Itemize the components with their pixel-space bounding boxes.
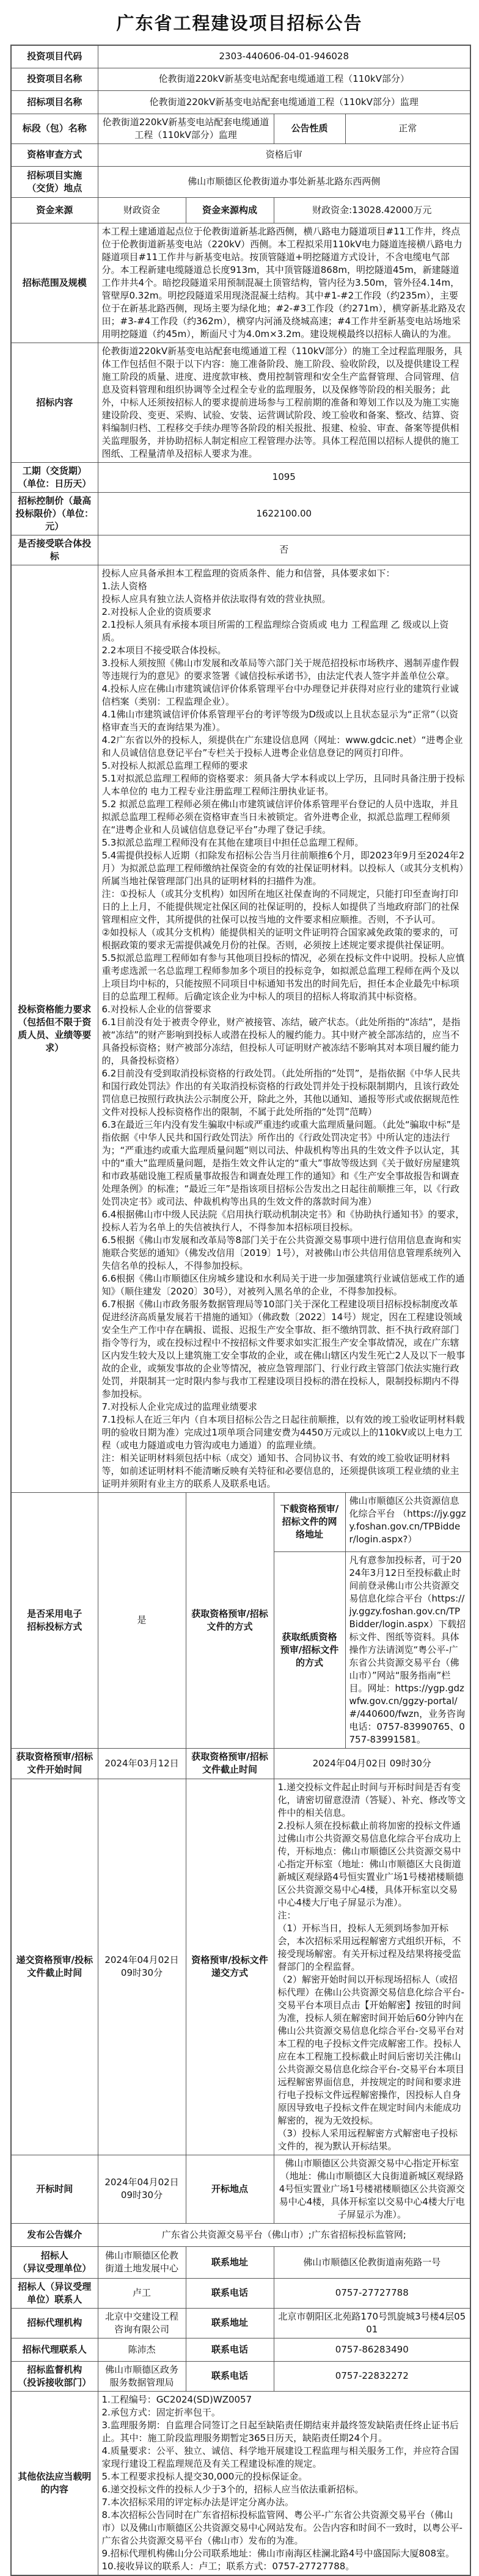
tenderer-addr-value: 佛山市顺德区伦教街道南苑路一号 (274, 2246, 470, 2278)
table-row: 招标监督机构 （投诉接收部门） 佛山市顺德区政务服务数据管理局 联系电话 075… (11, 2361, 470, 2391)
table-row: 招标范围及规模 本工程土建通道起点位于伦教街道新基北路西侧，横八路电力隧道项目#… (11, 223, 470, 343)
submit-method-label: 资格预审/投标文件递交方式 (186, 1779, 274, 2155)
supervisor-tel-label: 联系电话 (186, 2361, 274, 2391)
content-value: 伦教街道220kV新基变电站配套电缆通道工程（110kV部分）的施工全过程监理服… (98, 343, 470, 462)
agency-value: 北京中交建设工程咨询有限公司 (98, 2308, 186, 2338)
other-content-label: 其他依法应当载明 的内容 (11, 2391, 98, 2575)
table-row: 递交资格预审/投标文件截止时间 2024年04月02日 09时30分 资格预审/… (11, 1779, 470, 2155)
table-row: 是否接受联合体投标 否 (11, 535, 470, 565)
table-row: 招标内容 伦教街道220kV新基变电站配套电缆通道工程（110kV部分）的施工全… (11, 343, 470, 462)
ceiling-price-value: 1622100.00 (98, 492, 470, 535)
paper-obtain-label: 获取纸质资格预审/招标文件的方式 (274, 1551, 345, 1748)
table-row: 开标时间 2024年04月02日 09时30分 开标地点 佛山市顺德区公共资源交… (11, 2155, 470, 2223)
section-label: 标段（包）名称 (11, 114, 98, 143)
table-row: 投资项目代码 2303-440606-04-01-946028 (11, 45, 470, 68)
agency-contact-value: 陈沛杰 (98, 2338, 186, 2361)
scope-label: 招标范围及规模 (11, 223, 98, 343)
doc-start-label: 获取资格预审/招标文件开始时间 (11, 1748, 98, 1779)
table-row: 招标代理机构 北京中交建设工程咨询有限公司 联系地址 北京市朝阳区北苑路170号… (11, 2308, 470, 2338)
download-url-label: 下载资格预审/招标文件的网络地址 (274, 1492, 345, 1551)
submit-deadline-label: 递交资格预审/投标文件截止时间 (11, 1779, 98, 2155)
agency-contact-label: 招标代理联系人 (11, 2338, 98, 2361)
announcement-table: 投资项目代码 2303-440606-04-01-946028 投资项目名称 伦… (10, 45, 471, 2576)
download-url-value: 佛山市顺德区公共资源信息化综合平台 （https://jy.ggzy.fosha… (345, 1492, 470, 1551)
invest-name-label: 投资项目名称 (11, 68, 98, 90)
obtain-method-label: 获取资格预审/招标文件的方式 (186, 1492, 274, 1748)
opening-place-value: 佛山市顺德区公共资源交易中心指定开标室（地址：佛山市顺德区大良街道新城区观绿路4… (274, 2155, 470, 2223)
doc-end-value: 2024年04月02日 09时30分 (274, 1748, 470, 1779)
doc-start-value: 2024年03月12日 (98, 1748, 186, 1779)
section-value: 伦教街道220kV新基变电站配套电缆通道工程（110kV部分）监理 (98, 114, 274, 143)
agency-addr-value: 北京市朝阳区北苑路170号凯旋城3号楼4层0501 (274, 2308, 470, 2338)
table-row: 招标代理联系人 陈沛杰 联系电话 0757-86283490 (11, 2338, 470, 2361)
qual-review-label: 资格审查方式 (11, 143, 98, 166)
content-label: 招标内容 (11, 343, 98, 462)
invest-code-value: 2303-440606-04-01-946028 (98, 45, 470, 68)
consortium-label: 是否接受联合体投标 (11, 535, 98, 565)
paper-obtain-value: 凡有意参加投标者，可于2024年3月12日至投标截止时间前登录佛山市公共资源交易… (345, 1551, 470, 1748)
agency-tel-label: 联系电话 (186, 2338, 274, 2361)
table-row: 投标资格能力要求（包括但不限于资质人员、业绩等要求） 投标人应具备承担本工程监理… (11, 565, 470, 1492)
qualification-label: 投标资格能力要求（包括但不限于资质人员、业绩等要求） (11, 565, 98, 1492)
tenderer-tel-value: 0757-27727788 (274, 2278, 470, 2308)
table-row: 是否采用电子 招标投标方式 是 获取资格预审/招标文件的方式 下载资格预审/招标… (11, 1492, 470, 1551)
table-row: 招标项目实施 （交货）地点 佛山市顺德区伦教街道办事处新基北路东西两侧 (11, 166, 470, 197)
agency-tel-value: 0757-86283490 (274, 2338, 470, 2361)
tenderer-tel-label: 联系电话 (186, 2278, 274, 2308)
qual-review-value: 资格后审 (98, 143, 470, 166)
qualification-value: 投标人应具备承担本工程监理的资质条件、能力和信誉，具体要求如下： 1.法人资格 … (98, 565, 470, 1492)
tenderer-addr-label: 联系地址 (186, 2246, 274, 2278)
invest-code-label: 投资项目代码 (11, 45, 98, 68)
submit-deadline-value: 2024年04月02日 09时30分 (98, 1779, 186, 2155)
page-title: 广东省工程建设项目招标公告 (0, 10, 479, 35)
location-value: 佛山市顺德区伦教街道办事处新基北路东西两侧 (98, 166, 470, 197)
doc-end-label: 获取资格预审/招标文件截止时间 (186, 1748, 274, 1779)
opening-time-value: 2024年04月02日 09时30分 (98, 2155, 186, 2223)
supervisor-value: 佛山市顺德区政务服务数据管理局 (98, 2361, 186, 2391)
table-row: 招标项目名称 伦教街道220kV新基变电站配套电缆通道工程（110kV部分）监理 (11, 90, 470, 114)
funds-label: 资金来源 (11, 197, 98, 223)
tenderer-contact-value: 卢工 (98, 2278, 186, 2308)
media-label: 发布公告媒介 (11, 2223, 98, 2246)
supervisor-tel-value: 0757-22832272 (274, 2361, 470, 2391)
announcement-page: 广东省工程建设项目招标公告 投资项目代码 2303-440606-04-01-9… (0, 0, 479, 2576)
table-row: 资金来源 财政资金 资金来源构成 财政资金:13028.42000万元 (11, 197, 470, 223)
funds-comp-label: 资金来源构成 (186, 197, 274, 223)
tender-name-label: 招标项目名称 (11, 90, 98, 114)
table-row: 招标人（异议受理单位）联系人 卢工 联系电话 0757-27727788 (11, 2278, 470, 2308)
scope-value: 本工程土建通道起点位于伦教街道新基北路西侧，横八路电力隧道项目#11工作井，终点… (98, 223, 470, 343)
funds-comp-value: 财政资金:13028.42000万元 (274, 197, 470, 223)
table-row: 招标人 （异议受理单位） 佛山市顺德区伦教街道土地发展中心 联系地址 佛山市顺德… (11, 2246, 470, 2278)
funds-value: 财政资金 (98, 197, 186, 223)
media-value: 广东省公共资源交易平台（佛山市）;广东省招标投标监管网; (98, 2223, 470, 2246)
table-row: 工期（交货期） （单位：日历天） 1095 (11, 462, 470, 492)
ceiling-price-label: 招标控制价（最高投标限价）（单位：元） (11, 492, 98, 535)
submit-method-value: 1.递交投标文件起止时间与开标时间是否有变化，请密切留意澄清（答疑）、补充、修改… (274, 1779, 470, 2155)
duration-value: 1095 (98, 462, 470, 492)
invest-name-value: 伦教街道220kV新基变电站配套电缆通道工程（110kV部分） (98, 68, 470, 90)
opening-time-label: 开标时间 (11, 2155, 98, 2223)
opening-place-label: 开标地点 (186, 2155, 274, 2223)
tenderer-label: 招标人 （异议受理单位） (11, 2246, 98, 2278)
agency-addr-label: 联系地址 (186, 2308, 274, 2338)
other-content-value: 1.工程编号：GC2024(SD)WZ0057 2.承包方式：固定折率包干。 3… (98, 2391, 470, 2575)
electronic-bidding-value: 是 (98, 1492, 186, 1748)
tenderer-contact-label: 招标人（异议受理单位）联系人 (11, 2278, 98, 2308)
table-row: 其他依法应当载明 的内容 1.工程编号：GC2024(SD)WZ0057 2.承… (11, 2391, 470, 2575)
table-row: 获取资格预审/招标文件开始时间 2024年03月12日 获取资格预审/招标文件截… (11, 1748, 470, 1779)
table-row: 招标控制价（最高投标限价）（单位：元） 1622100.00 (11, 492, 470, 535)
notice-nature-value: 正常 (345, 114, 470, 143)
supervisor-label: 招标监督机构 （投诉接收部门） (11, 2361, 98, 2391)
table-row: 发布公告媒介 广东省公共资源交易平台（佛山市）;广东省招标投标监管网; (11, 2223, 470, 2246)
table-row: 资格审查方式 资格后审 (11, 143, 470, 166)
table-row: 投资项目名称 伦教街道220kV新基变电站配套电缆通道工程（110kV部分） (11, 68, 470, 90)
duration-label: 工期（交货期） （单位：日历天） (11, 462, 98, 492)
table-row: 标段（包）名称 伦教街道220kV新基变电站配套电缆通道工程（110kV部分）监… (11, 114, 470, 143)
tender-name-value: 伦教街道220kV新基变电站配套电缆通道工程（110kV部分）监理 (98, 90, 470, 114)
tenderer-value: 佛山市顺德区伦教街道土地发展中心 (98, 2246, 186, 2278)
electronic-bidding-label: 是否采用电子 招标投标方式 (11, 1492, 98, 1748)
consortium-value: 否 (98, 535, 470, 565)
notice-nature-label: 公告性质 (274, 114, 345, 143)
location-label: 招标项目实施 （交货）地点 (11, 166, 98, 197)
agency-label: 招标代理机构 (11, 2308, 98, 2338)
